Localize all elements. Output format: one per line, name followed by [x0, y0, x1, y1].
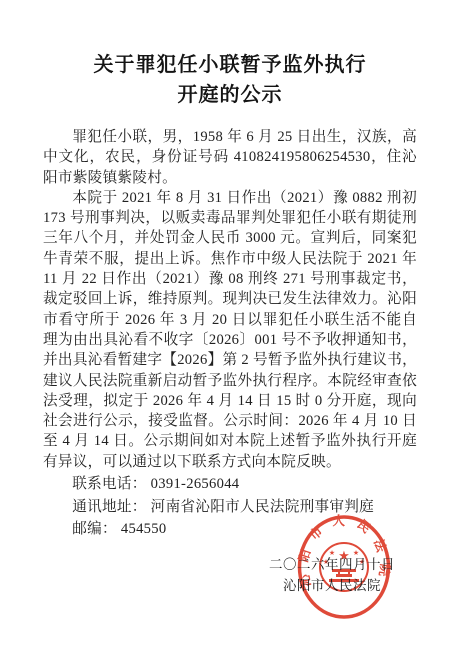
contact-phone-line: 联系电话：0391-2656044	[43, 474, 417, 495]
paragraph-defendant-info: 罪犯任小联，男，1958 年 6 月 25 日出生，汉族，高中文化，农民，身份证…	[43, 127, 417, 188]
document-content: 关于罪犯任小联暂予监外执行 开庭的公示 罪犯任小联，男，1958 年 6 月 2…	[43, 50, 417, 540]
signature-court-name: 沁阳市人民法院	[250, 575, 414, 596]
page-title: 关于罪犯任小联暂予监外执行 开庭的公示	[43, 50, 417, 110]
page-title-line-1: 关于罪犯任小联暂予监外执行	[94, 54, 367, 76]
contact-postcode-value: 454550	[121, 521, 167, 537]
contact-address-label: 通讯地址：	[72, 499, 146, 515]
signature-date: 二〇二六年四月十日	[250, 554, 414, 575]
contact-phone-label: 联系电话：	[72, 476, 146, 492]
contact-postcode-label: 邮编：	[72, 521, 117, 537]
paragraph-case-history: 本院于 2021 年 8 月 31 日作出（2021）豫 0882 刑初 173…	[43, 188, 417, 472]
contact-phone-value: 0391-2656044	[151, 476, 240, 492]
page-title-line-2: 开庭的公示	[178, 84, 283, 106]
document-page: 关于罪犯任小联暂予监外执行 开庭的公示 罪犯任小联，男，1958 年 6 月 2…	[0, 0, 458, 650]
signature-block: 二〇二六年四月十日 沁阳市人民法院	[250, 554, 414, 596]
